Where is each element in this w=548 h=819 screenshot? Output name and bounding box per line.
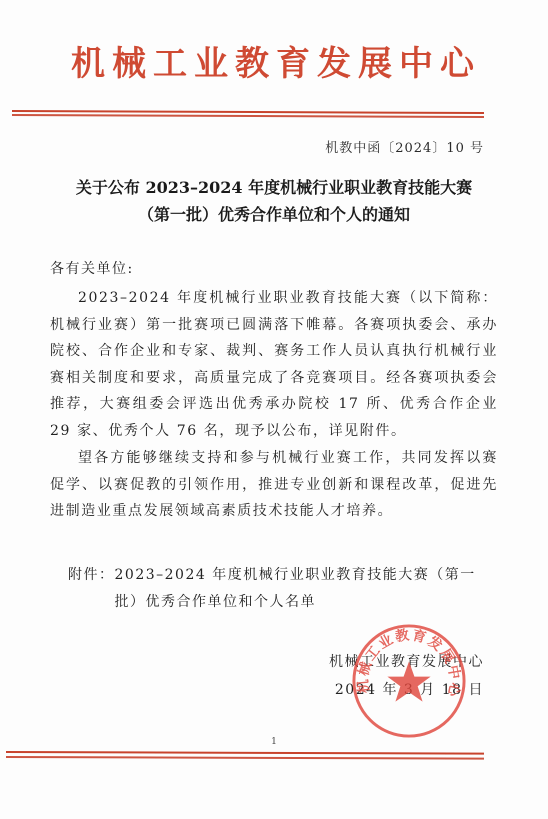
masthead-title: 机械工业教育发展中心: [0, 44, 548, 84]
footer-rule-top: [6, 751, 484, 755]
document-page: 机械工业教育发展中心 机教中函〔2024〕10 号 关于公布 2023–2024…: [0, 0, 548, 819]
attachment-note: 附件： 2023–2024 年度机械行业职业教育技能大赛（第一批）优秀合作单位和…: [68, 562, 498, 615]
body-paragraph-2: 望各方能够继续支持和参与机械行业赛工作，共同发挥以赛促学、以赛促教的引领作用，推…: [50, 445, 498, 525]
document-number: 机教中函〔2024〕10 号: [325, 137, 484, 156]
title-line-2: （第一批）优秀合作单位和个人的通知: [0, 201, 548, 228]
masthead-rule-bottom: [12, 114, 484, 118]
attachment-label: 附件：: [68, 562, 115, 615]
page-number: 1: [0, 737, 548, 747]
title-line-1: 关于公布 2023–2024 年度机械行业职业教育技能大赛: [0, 174, 548, 201]
salutation: 各有关单位:: [50, 258, 134, 278]
attachment-text: 2023–2024 年度机械行业职业教育技能大赛（第一批）优秀合作单位和个人名单: [115, 562, 499, 615]
signature-date: 2024 年 3 月 18 日: [329, 676, 484, 704]
body-paragraph-1: 2023–2024 年度机械行业职业教育技能大赛（以下简称：机械行业赛）第一批赛…: [50, 285, 498, 444]
footer-rule-bottom: [6, 756, 484, 759]
signature-organization: 机械工业教育发展中心: [329, 648, 484, 676]
signature-block: 机械工业教育发展中心 2024 年 3 月 18 日: [329, 648, 484, 704]
document-title: 关于公布 2023–2024 年度机械行业职业教育技能大赛 （第一批）优秀合作单…: [0, 174, 548, 228]
